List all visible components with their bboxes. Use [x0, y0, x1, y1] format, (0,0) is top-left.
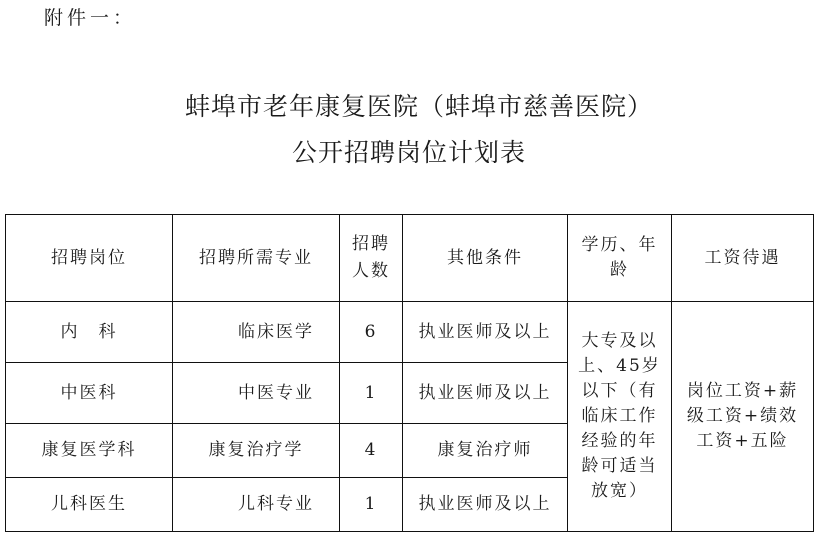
- header-salary: 工资待遇: [672, 215, 814, 302]
- cell-count: 4: [340, 424, 403, 478]
- attachment-label: 附件一：: [44, 4, 136, 32]
- header-education-age: 学历、年龄: [568, 215, 672, 302]
- header-conditions: 其他条件: [403, 215, 568, 302]
- document-title-line2: 公开招聘岗位计划表: [0, 136, 818, 170]
- recruitment-plan-table: 招聘岗位 招聘所需专业 招聘人数 其他条件 学历、年龄 工资待遇 内 科 临床医…: [5, 214, 814, 532]
- cell-position: 内 科: [6, 302, 173, 363]
- table-row: 内 科 临床医学 6 执业医师及以上 大专及以上、45岁以下（有临床工作经验的年…: [6, 302, 814, 363]
- header-count-text: 招聘人数: [351, 231, 392, 285]
- cell-major: 中医专业: [173, 363, 340, 424]
- cell-count: 1: [340, 363, 403, 424]
- cell-conditions: 执业医师及以上: [403, 363, 568, 424]
- header-count: 招聘人数: [340, 215, 403, 302]
- cell-conditions: 康复治疗师: [403, 424, 568, 478]
- cell-position: 康复医学科: [6, 424, 173, 478]
- cell-count: 6: [340, 302, 403, 363]
- cell-major: 康复治疗学: [173, 424, 340, 478]
- cell-position: 中医科: [6, 363, 173, 424]
- cell-conditions: 执业医师及以上: [403, 478, 568, 532]
- cell-major: 临床医学: [173, 302, 340, 363]
- cell-major: 儿科专业: [173, 478, 340, 532]
- cell-count: 1: [340, 478, 403, 532]
- header-position: 招聘岗位: [6, 215, 173, 302]
- cell-salary: 岗位工资+薪级工资+绩效工资+五险: [672, 302, 814, 532]
- header-major: 招聘所需专业: [173, 215, 340, 302]
- document-title-line1: 蚌埠市老年康复医院（蚌埠市慈善医院）: [0, 90, 818, 124]
- cell-position: 儿科医生: [6, 478, 173, 532]
- cell-conditions: 执业医师及以上: [403, 302, 568, 363]
- cell-education-age: 大专及以上、45岁以下（有临床工作经验的年龄可适当放宽）: [568, 302, 672, 532]
- table-header-row: 招聘岗位 招聘所需专业 招聘人数 其他条件 学历、年龄 工资待遇: [6, 215, 814, 302]
